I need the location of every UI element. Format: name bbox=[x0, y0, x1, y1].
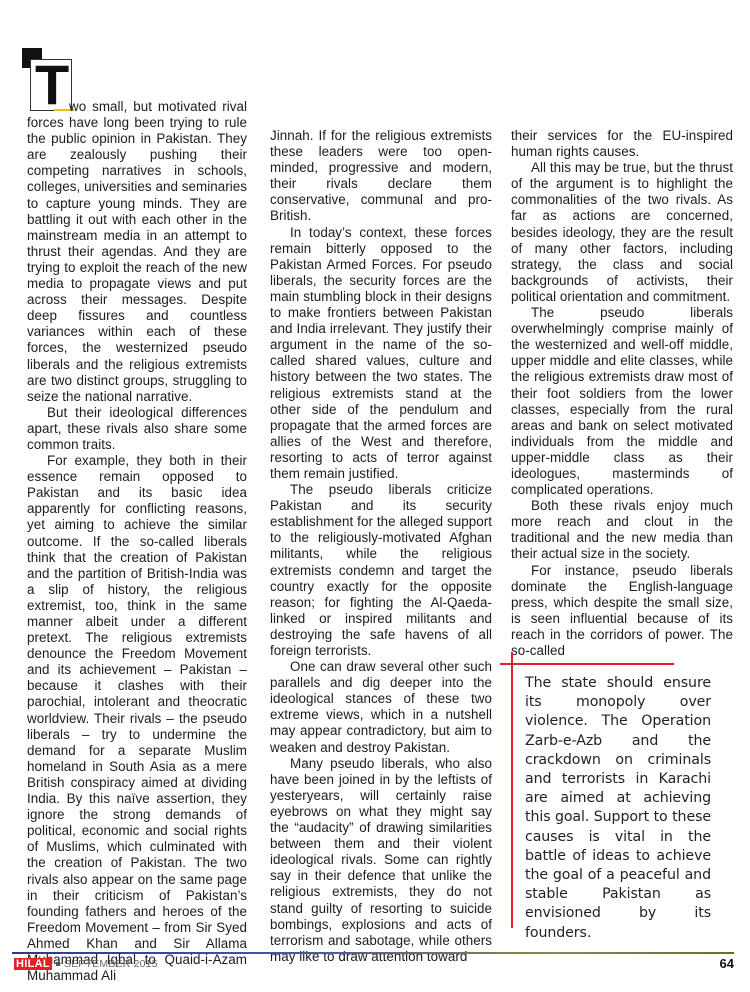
article-column-2: Jinnah. If for the religious extremists … bbox=[270, 128, 492, 965]
paragraph: All this may be true, but the thrust of … bbox=[511, 160, 733, 305]
pull-quote-rule-horizontal bbox=[500, 663, 674, 665]
hilal-logo: HILAL bbox=[14, 958, 52, 970]
paragraph: wo small, but motivated rival forces hav… bbox=[27, 99, 247, 405]
paragraph: One can draw several other such parallel… bbox=[270, 659, 492, 756]
square-bullet-icon bbox=[56, 962, 60, 966]
paragraph: their services for the EU-inspired human… bbox=[511, 128, 733, 160]
paragraph: The pseudo liberals criticize Pakistan a… bbox=[270, 482, 492, 659]
pull-quote: The state should ensure its monopoly ove… bbox=[525, 674, 711, 943]
pull-quote-rule-vertical bbox=[511, 652, 513, 928]
footer-divider bbox=[12, 952, 734, 954]
footer-masthead: HILAL SEPTEMBER 2015 bbox=[14, 958, 158, 970]
paragraph: Many pseudo liberals, who also have been… bbox=[270, 756, 492, 965]
paragraph: In today’s context, these forces remain … bbox=[270, 225, 492, 483]
page-number: 64 bbox=[720, 956, 734, 971]
paragraph: The pseudo liberals overwhelmingly compr… bbox=[511, 305, 733, 498]
article-column-1: wo small, but motivated rival forces hav… bbox=[27, 99, 247, 984]
paragraph: Both these rivals enjoy much more reach … bbox=[511, 498, 733, 562]
paragraph: Jinnah. If for the religious extremists … bbox=[270, 128, 492, 225]
paragraph: For example, they both in their essence … bbox=[27, 453, 247, 984]
article-column-3: their services for the EU-inspired human… bbox=[511, 128, 733, 659]
bleed-through-text bbox=[310, 0, 490, 95]
issue-date: SEPTEMBER 2015 bbox=[64, 958, 158, 970]
paragraph: But their ideological differences apart,… bbox=[27, 405, 247, 453]
paragraph: For instance, pseudo liberals dominate t… bbox=[511, 563, 733, 660]
